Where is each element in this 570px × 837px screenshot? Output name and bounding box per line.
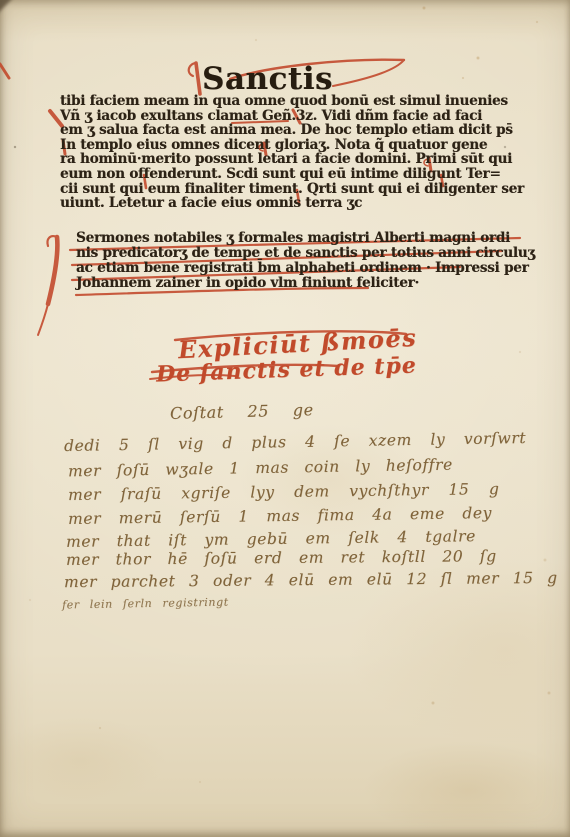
- manuscript-note-line: mer parchet 3 oder 4 elū em elū 12 ſl me…: [64, 569, 558, 591]
- printed-text-block: tibi faciem meam in qua omne quod bonū e…: [60, 94, 520, 211]
- printed-colophon-block: Sermones notabiles ʒ formales magistri A…: [76, 231, 526, 291]
- printed-line: Vñ ʒ iacob exultans clamat Geñ.3z. Vidi …: [60, 109, 520, 124]
- colophon-line: Sermones notabiles ʒ formales magistri A…: [76, 231, 526, 246]
- manuscript-price-note-header: Coſtat 25 ge: [170, 400, 314, 423]
- printed-line: eum non offenderunt. Scdi sunt qui eū in…: [60, 167, 520, 182]
- colophon-line: ac etiam bene registrati b̄m alphabeti o…: [76, 261, 526, 276]
- printed-line: tibi faciem meam in qua omne quod bonū e…: [60, 94, 520, 109]
- printed-heading: Sanctis: [202, 61, 333, 97]
- page-corner-shadow: [0, 0, 14, 14]
- printed-line: uiunt. Letetur a facie eius omnis terra …: [60, 196, 520, 211]
- manuscript-note-line: mer merū ſerſū 1 mas fima 4a eme dey: [68, 504, 492, 528]
- printed-line: ra hominū·merito possunt letari a facie …: [60, 152, 520, 167]
- colophon-line: Johannem zainer in opido vlm finiunt fel…: [76, 276, 526, 291]
- manuscript-note-line: mer ſoſū wʒale 1 mas coin ly heſoffre: [68, 456, 453, 481]
- colophon-line: nis predicatorʒ de tempe et de sanctis p…: [76, 246, 526, 261]
- manuscript-note-line: dedi 5 ſl vig d plus 4 ſe xzem ly vorſwr…: [64, 429, 526, 455]
- manuscript-note-line: mer thor hē ſoſū erd em ret koſtll 20 ſg: [66, 547, 497, 569]
- printed-line: In templo eius omnes dicent gloriaʒ. Not…: [60, 138, 520, 153]
- printed-line: cii sunt qui eum finaliter timent. Qrti …: [60, 182, 520, 197]
- printed-line: em ʒ salua facta est anima mea. De hoc t…: [60, 123, 520, 138]
- manuscript-note-line: fer lein ſerln registringt: [62, 596, 229, 612]
- manuscript-note-line: mer ſraſū xgriſe lyy dem vychſthyr 15 g: [68, 480, 500, 504]
- book-page-photo: Sanctis tibi faciem meam in qua omne quo…: [0, 0, 570, 837]
